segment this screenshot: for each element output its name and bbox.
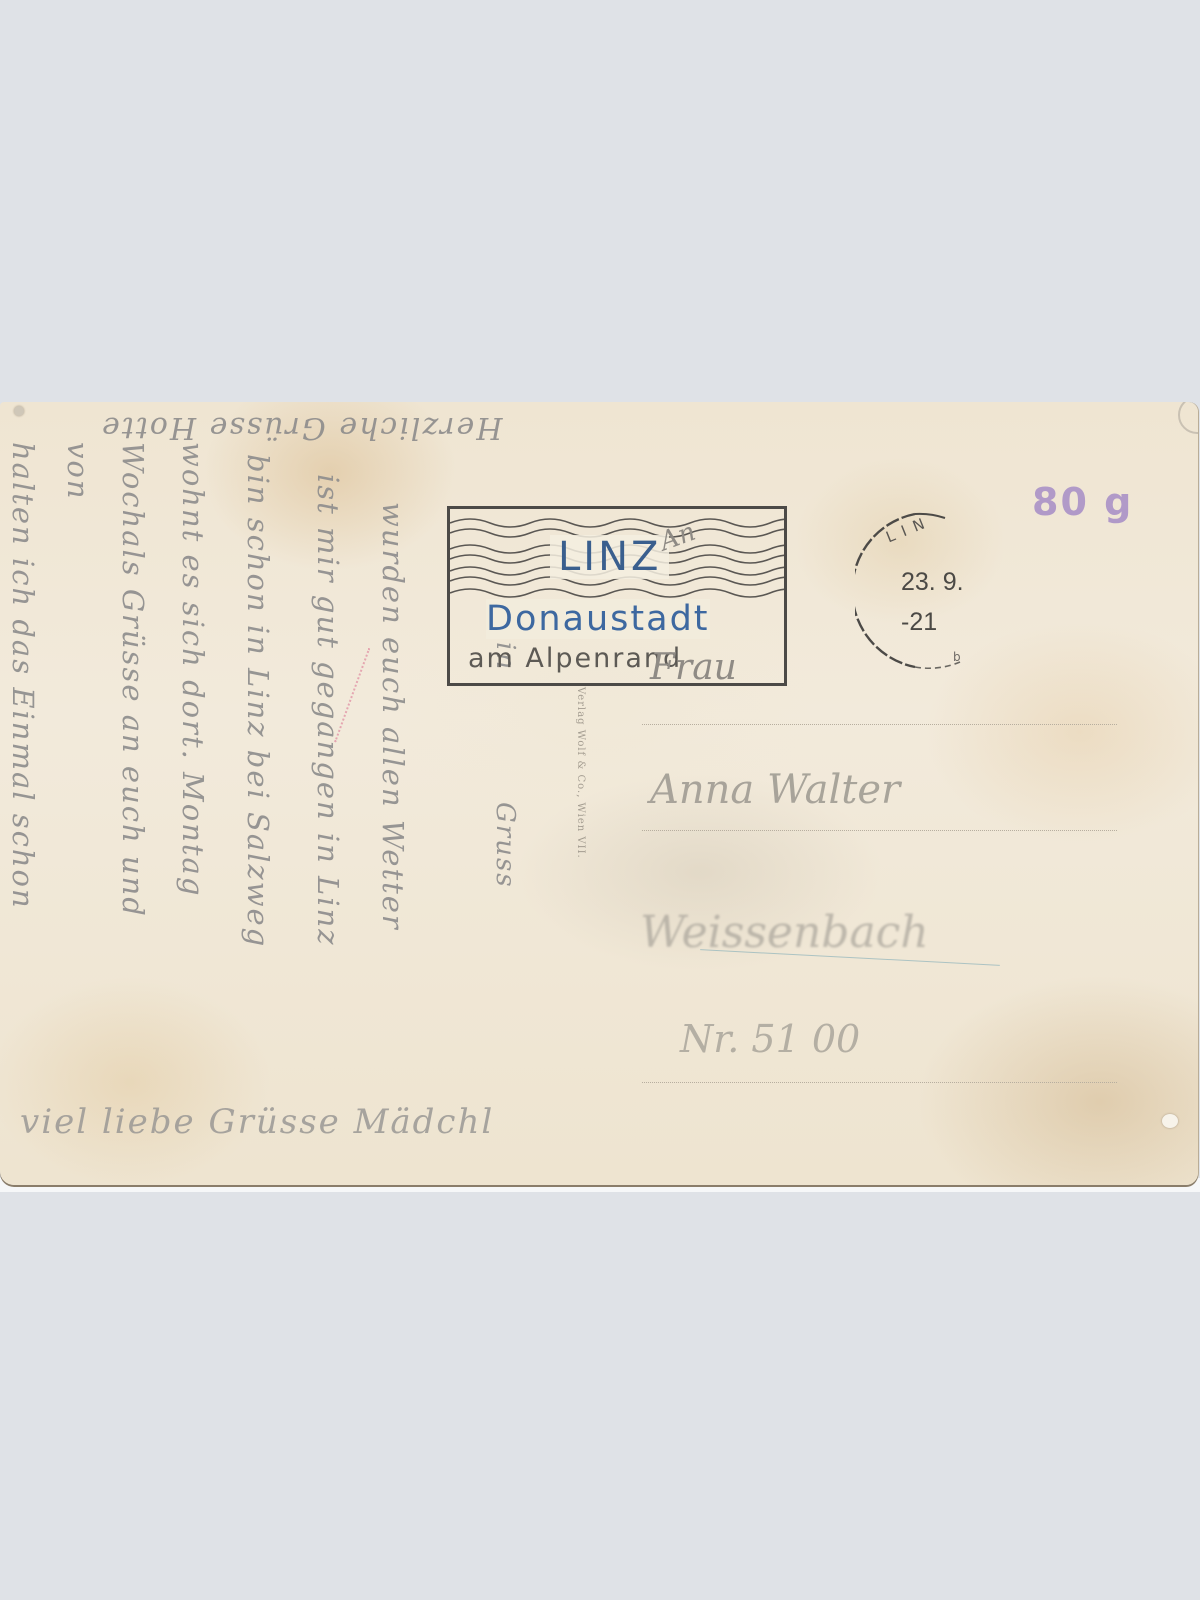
address-line-2 [642, 830, 1117, 831]
address-line-3 [642, 1082, 1117, 1083]
message-signature: viel liebe Grüsse Mädchl [20, 1102, 494, 1142]
message-line-2: ist mir gut gegangen in Linz [311, 474, 345, 947]
cancel-slogan-line-1: Donaustadt [486, 599, 710, 639]
message-line-7: halten ich das Einmal schon [6, 442, 40, 910]
circular-date-stamp: LIN 23. 9. -21 b [855, 502, 1005, 682]
stamp-year: -21 [901, 608, 937, 637]
address-name: Anna Walter [650, 767, 900, 813]
message-line-3: bin schon in Linz bei Salzweg [241, 454, 275, 948]
message-line-4: wohnt es sich dort. Montag [176, 442, 210, 897]
message-side-note-2: Gruss [490, 802, 520, 889]
message-line-5: Wochals Grüsse an euch und [116, 442, 150, 918]
page-background: Herzliche Grüsse Hotte wurden euch allen… [0, 0, 1200, 1600]
stamp-date: 23. 9. [901, 568, 964, 597]
message-line-6: von [61, 442, 95, 501]
address-place: Weissenbach [640, 907, 929, 958]
cancel-city-name: LINZ [550, 535, 669, 579]
stamp-sub-letter: b [953, 650, 961, 664]
publisher-imprint: Verlag Wolf & Co., Wien VII. [575, 687, 586, 859]
address-salutation: Frau [650, 647, 737, 688]
postcard-back: Herzliche Grüsse Hotte wurden euch allen… [0, 402, 1198, 1185]
weight-handstamp: 80 g [1032, 480, 1133, 524]
message-top-line: Herzliche Grüsse Hotte [100, 410, 502, 445]
address-house-number: Nr. 51 00 [680, 1017, 860, 1061]
address-line-1 [642, 724, 1117, 725]
